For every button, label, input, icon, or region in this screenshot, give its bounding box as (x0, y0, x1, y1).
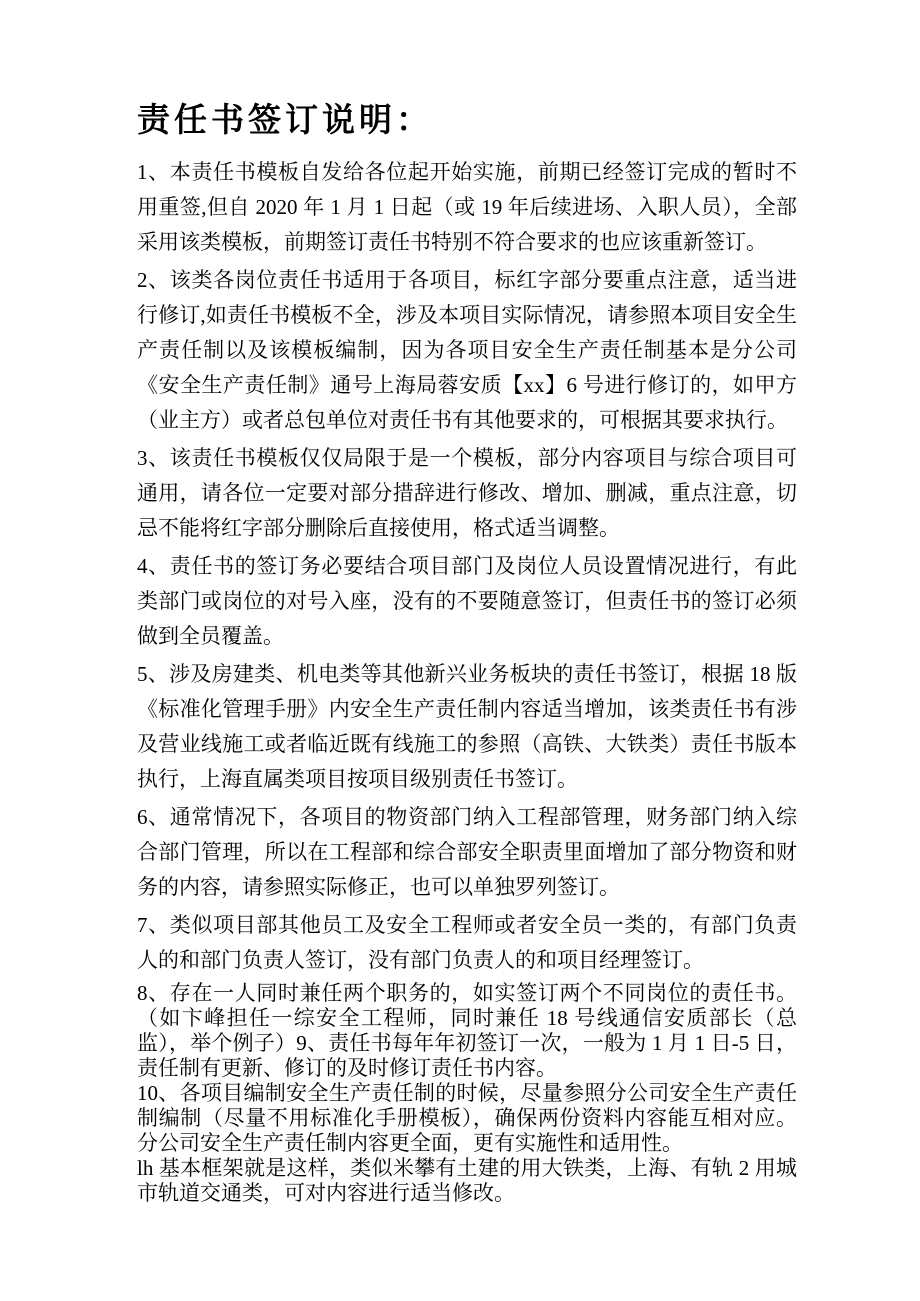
paragraph-1: 1、本责任书模板自发给各位起开始实施，前期已经签订完成的暂时不用重签,但自 20… (137, 155, 797, 260)
paragraph-5: 5、涉及房建类、机电类等其他新兴业务板块的责任书签订，根据 18 版《标准化管理… (137, 657, 797, 797)
paragraph-8-9: 8、存在一人同时兼任两个职务的，如实签订两个不同岗位的责任书。（如卞峰担任一综安… (137, 981, 797, 1081)
paragraph-6: 6、通常情况下，各项目的物资部门纳入工程部管理，财务部门纳入综合部门管理，所以在… (137, 800, 797, 905)
paragraph-closing: lh 基本框架就是这样，类似米攀有土建的用大铁类，上海、有轨 2 用城市轨道交通… (137, 1156, 797, 1206)
paragraph-4: 4、责任书的签订务必要结合项目部门及岗位人员设置情况进行，有此类部门或岗位的对号… (137, 549, 797, 654)
document-page: 责任书签订说明： 1、本责任书模板自发给各位起开始实施，前期已经签订完成的暂时不… (0, 0, 920, 1301)
paragraph-3: 3、该责任书模板仅仅局限于是一个模板，部分内容项目与综合项目可通用，请各位一定要… (137, 441, 797, 546)
paragraph-2: 2、该类各岗位责任书适用于各项目，标红字部分要重点注意，适当进行修订,如责任书模… (137, 263, 797, 438)
document-title: 责任书签订说明： (137, 100, 797, 142)
paragraph-7: 7、类似项目部其他员工及安全工程师或者安全员一类的，有部门负责人的和部门负责人签… (137, 908, 797, 978)
paragraph-10: 10、各项目编制安全生产责任制的时候，尽量参照分公司安全生产责任制编制（尽量不用… (137, 1081, 797, 1156)
